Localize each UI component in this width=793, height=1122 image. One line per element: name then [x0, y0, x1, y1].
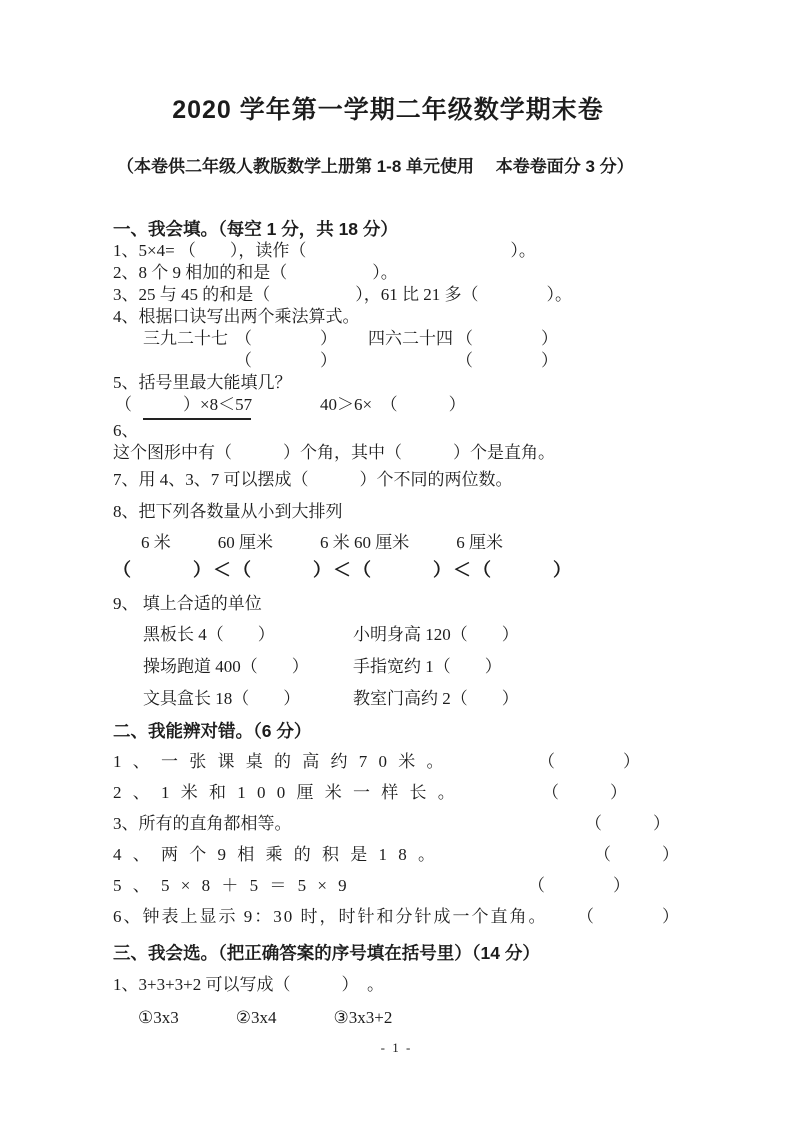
q9-item-blackboard: 黑板长 4（ ） — [143, 624, 353, 646]
q8-quantity-2: 60 厘米 — [218, 532, 273, 554]
mult-row1-left-blank: （ ） — [235, 328, 368, 350]
choice-option-2: ②3x4 — [236, 1007, 277, 1029]
judge-item-4: 4 、 两 个 9 相 乘 的 积 是 1 8 。 （ ） — [113, 839, 679, 870]
q5-inequality-right: 40＞6× （ ） — [320, 394, 663, 416]
judge-item-1: 1 、 一 张 课 桌 的 高 约 7 0 米 。 （ ） — [113, 746, 640, 777]
mult-row1-right-label: 四六二十四 — [368, 328, 456, 350]
q8-quantity-list: 6 米 60 厘米 6 米 60 厘米 6 厘米 — [141, 532, 663, 554]
fill-question-2: 2、8 个 9 相加的和是（ ）。 — [113, 262, 663, 284]
fill-question-9: 9、 填上合适的单位 — [113, 593, 663, 615]
choice-question-1: 1、3+3+3+2 可以写成（ ） 。 — [113, 974, 663, 996]
judge-statement-4: 4 、 两 个 9 相 乘 的 积 是 1 8 。 — [113, 839, 439, 870]
page-number: - 1 - — [0, 1040, 793, 1056]
q8-ordering-blanks: （ ）＜（ ）＜（ ）＜（ ） — [113, 559, 663, 581]
fill-question-7: 7、用 4、3、7 可以摆成（ ）个不同的两位数。 — [113, 469, 663, 491]
judge-blank-5: （ ） — [528, 870, 630, 901]
choice-options-row: ①3x3 ②3x4 ③3x3+2 — [138, 1007, 663, 1029]
fill-question-6-text: 这个图形中有（ ）个角，其中（ ）个是直角。 — [113, 442, 663, 464]
q9-item-track: 操场跑道 400（ ） — [143, 656, 353, 678]
q8-quantity-1: 6 米 — [141, 532, 171, 554]
exam-subtitle: （本卷供二年级人教版数学上册第 1-8 单元使用 本卷卷面分 3 分） — [117, 156, 663, 178]
judge-statement-5: 5 、 5 × 8 ＋ 5 ＝ 5 × 9 — [113, 870, 350, 901]
choice-option-3: ③3x3+2 — [334, 1007, 393, 1029]
section-judge-heading: 二、我能辨对错。（6 分） — [113, 720, 663, 742]
q9-item-pencilbox: 文具盒长 18（ ） — [143, 688, 353, 710]
page-title: 2020 学年第一学期二年级数学期末卷 — [113, 97, 663, 123]
mult-row2-right-blank: （ ） — [456, 350, 663, 372]
q9-item-finger: 手指宽约 1（ ） — [353, 656, 663, 678]
section-multiple-choice: 三、我会选。（把正确答案的序号填在括号里）（14 分） 1、3+3+3+2 可以… — [113, 942, 663, 1029]
fill-question-1: 1、5×4= （ ），读作（ ）。 — [113, 240, 663, 262]
mult-row1-left-label: 三九二十七 — [143, 328, 235, 350]
fill-question-8: 8、把下列各数量从小到大排列 — [113, 501, 663, 523]
judge-statement-1: 1 、 一 张 课 桌 的 高 约 7 0 米 。 — [113, 746, 447, 777]
judge-blank-2: （ ） — [542, 777, 627, 808]
mult-sentence-grid: 三九二十七 （ ） 四六二十四 （ ） （ ） （ ） — [143, 328, 663, 372]
judge-item-3: 3、所有的直角都相等。 （ ） — [113, 808, 670, 839]
section-fill-in: 一、我会填。（每空 1 分，共 18 分） 1、5×4= （ ），读作（ ）。 … — [113, 218, 663, 710]
section-fill-heading: 一、我会填。（每空 1 分，共 18 分） — [113, 218, 663, 240]
q8-quantity-4: 6 厘米 — [456, 532, 503, 554]
section-choice-heading: 三、我会选。（把正确答案的序号填在括号里）（14 分） — [113, 942, 663, 964]
mult-row2-left-blank: （ ） — [235, 350, 368, 372]
judge-item-6: 6、钟表上显示 9：30 时，时针和分针成一个直角。 （ ） — [113, 901, 679, 932]
judge-blank-3: （ ） — [585, 808, 670, 839]
q9-units-row-2: 操场跑道 400（ ） 手指宽约 1（ ） — [143, 656, 663, 678]
fill-question-5: 5、括号里最大能填几？ — [113, 372, 663, 394]
q9-units-row-1: 黑板长 4（ ） 小明身高 120（ ） — [143, 624, 663, 646]
q9-item-door: 教室门高约 2（ ） — [353, 688, 663, 710]
q9-units-row-3: 文具盒长 18（ ） 教室门高约 2（ ） — [143, 688, 663, 710]
mult-row1-right-blank: （ ） — [456, 328, 663, 350]
section-true-false: 二、我能辨对错。（6 分） 1 、 一 张 课 桌 的 高 约 7 0 米 。 … — [113, 720, 663, 932]
exam-paper-page: { "doc": { "title": "2020 学年第一学期二年级数学期末卷… — [0, 0, 793, 1122]
fill-question-5-answers: （ ）×8＜57 40＞6× （ ） — [115, 394, 663, 416]
q8-quantity-3: 6 米 60 厘米 — [320, 532, 409, 554]
judge-blank-1: （ ） — [538, 746, 640, 777]
judge-blank-4: （ ） — [594, 839, 679, 870]
exam-sheet: 2020 学年第一学期二年级数学期末卷 （本卷供二年级人教版数学上册第 1-8 … — [0, 0, 793, 1029]
mult-row2-spacer-left — [143, 350, 235, 372]
fill-question-4: 4、根据口诀写出两个乘法算式。 — [113, 306, 663, 328]
q9-item-height: 小明身高 120（ ） — [353, 624, 663, 646]
q5-inequality-left: （ ）×8＜57 — [115, 394, 320, 416]
fill-question-6-number: 6、 — [113, 420, 663, 442]
choice-option-1: ①3x3 — [138, 1007, 179, 1029]
mult-row2-spacer-right — [368, 350, 456, 372]
fill-question-3: 3、25 与 45 的和是（ ），61 比 21 多（ ）。 — [113, 284, 663, 306]
judge-item-5: 5 、 5 × 8 ＋ 5 ＝ 5 × 9 （ ） — [113, 870, 630, 901]
judge-statement-2: 2 、 1 米 和 1 0 0 厘 米 一 样 长 。 — [113, 777, 458, 808]
judge-statement-3: 3、所有的直角都相等。 — [113, 808, 292, 839]
judge-blank-6: （ ） — [577, 901, 679, 932]
judge-statement-6: 6、钟表上显示 9：30 时，时针和分针成一个直角。 — [113, 901, 548, 932]
judge-item-2: 2 、 1 米 和 1 0 0 厘 米 一 样 长 。 （ ） — [113, 777, 627, 808]
